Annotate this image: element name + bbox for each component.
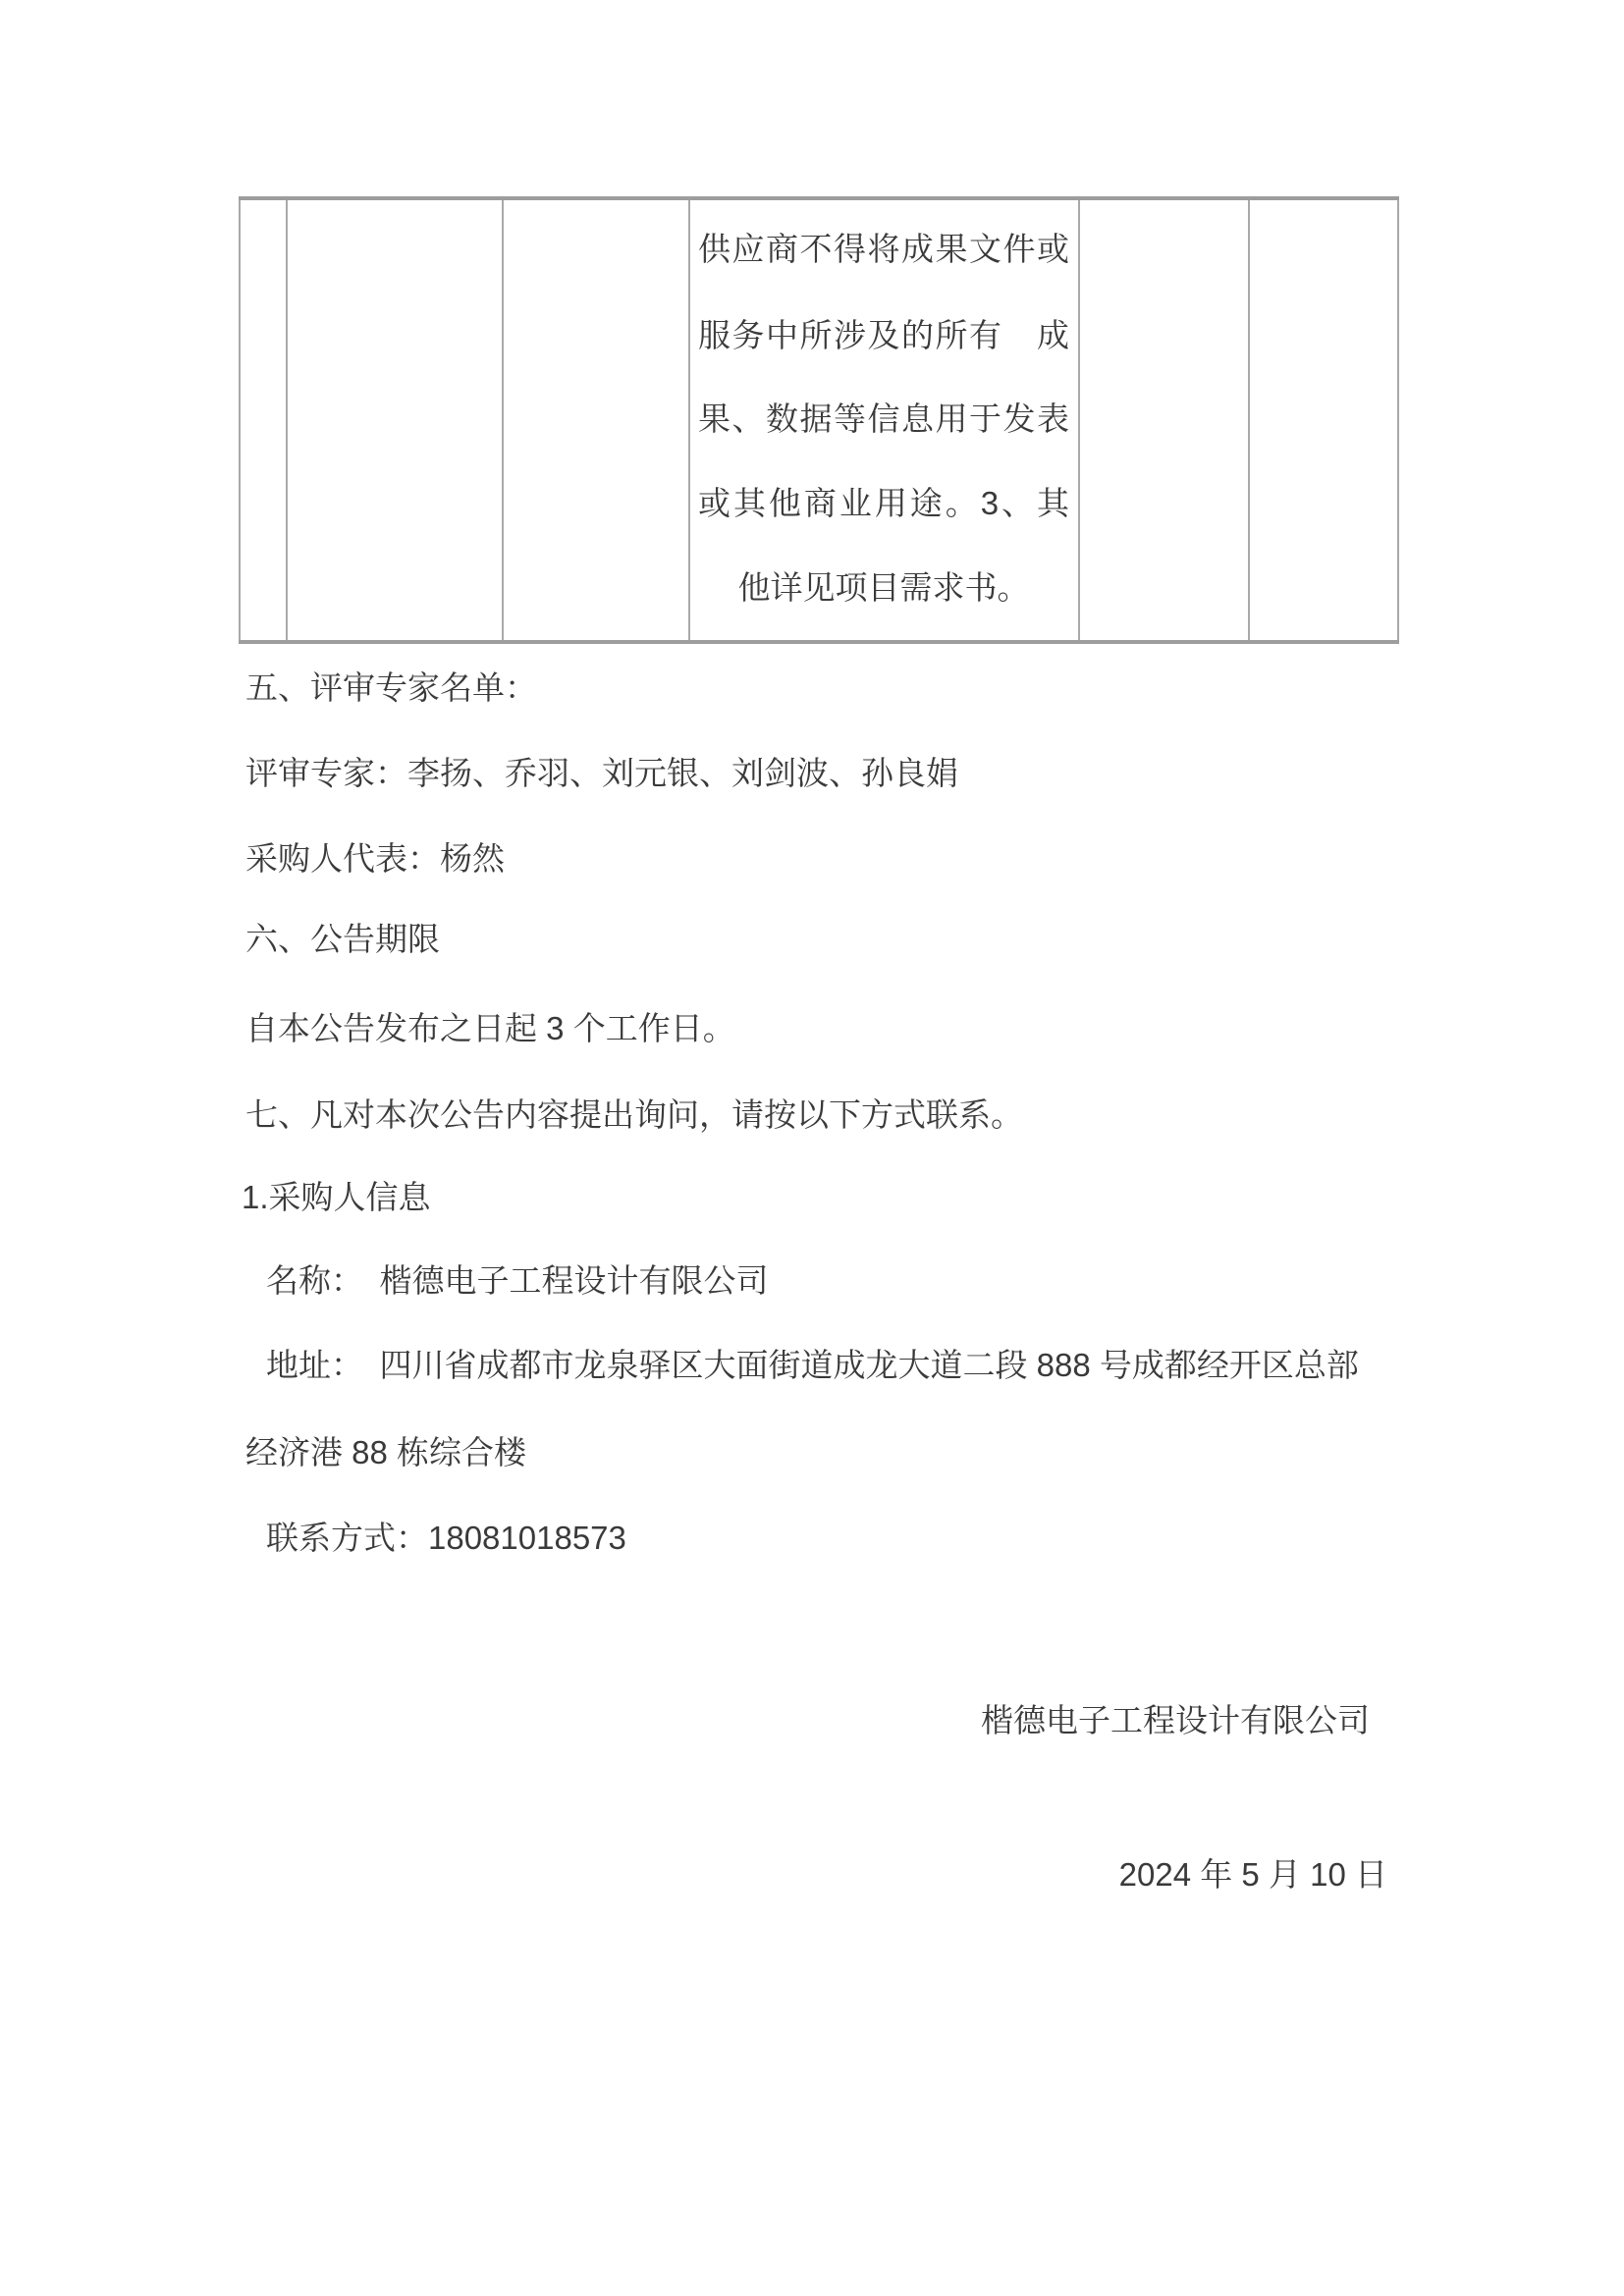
table-border-vertical-3 [502, 200, 504, 640]
remark-line-1: 供应商不得将成果文件或 [698, 230, 1069, 269]
document-page: 供应商不得将成果文件或 服务中所涉及的所有 成 果、数据等信息用于发表 或其他商… [0, 0, 1624, 2296]
section-5-heading: 五、评审专家名单： [245, 668, 537, 708]
buyer-contact: 联系方式：18081018573 [266, 1519, 626, 1558]
table-border-vertical-6 [1248, 200, 1250, 640]
table-cell-remark: 供应商不得将成果文件或 服务中所涉及的所有 成 果、数据等信息用于发表 或其他商… [688, 200, 1078, 640]
buyer-name: 名称： 楷德电子工程设计有限公司 [266, 1261, 769, 1301]
signature-company: 楷德电子工程设计有限公司 [981, 1701, 1370, 1740]
experts-list: 评审专家：李扬、乔羽、刘元银、刘剑波、孙良娟 [245, 754, 958, 793]
table-border-vertical-5 [1078, 200, 1080, 640]
section-7-heading: 七、凡对本次公告内容提出询问，请按以下方式联系。 [245, 1095, 1023, 1135]
table-border-vertical-2 [286, 200, 288, 640]
announcement-period: 自本公告发布之日起 3 个工作日。 [245, 1009, 735, 1048]
signature-date: 2024 年 5 月 10 日 [1119, 1855, 1387, 1895]
remark-line-5: 他详见项目需求书。 [698, 568, 1069, 608]
section-6-heading: 六、公告期限 [245, 920, 440, 959]
buyer-info-heading: 1.采购人信息 [242, 1178, 431, 1217]
buyer-representative: 采购人代表：杨然 [245, 839, 505, 879]
table-continuation: 供应商不得将成果文件或 服务中所涉及的所有 成 果、数据等信息用于发表 或其他商… [239, 196, 1399, 644]
remark-line-4: 或其他商业用途。3、其 [698, 484, 1069, 523]
table-border-vertical-1 [239, 200, 241, 640]
table-border-vertical-7 [1397, 200, 1399, 640]
buyer-address-line-1: 地址： 四川省成都市龙泉驿区大面街道成龙大道二段 888 号成都经开区总部 [266, 1346, 1359, 1385]
buyer-address-line-2: 经济港 88 栋综合楼 [245, 1433, 526, 1472]
remark-line-2: 服务中所涉及的所有 成 [698, 316, 1069, 355]
remark-line-3: 果、数据等信息用于发表 [698, 400, 1069, 439]
